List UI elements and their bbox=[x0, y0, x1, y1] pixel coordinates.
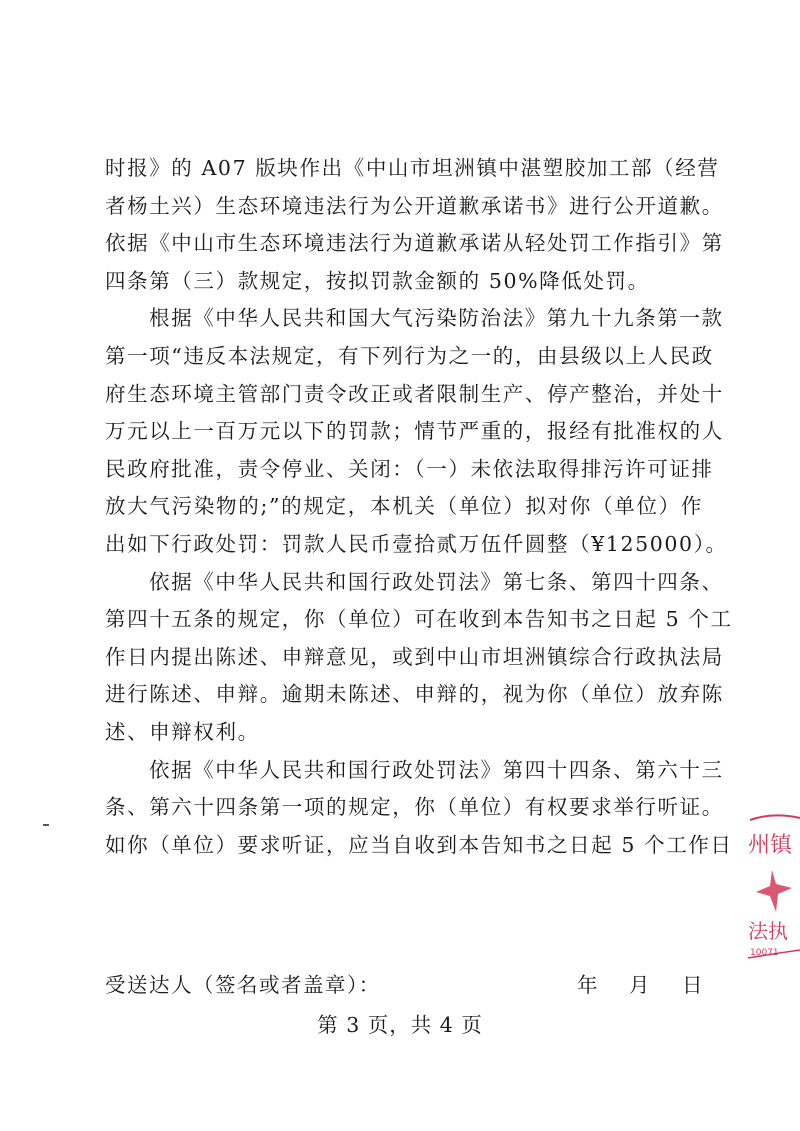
seal-top-text: 州镇 bbox=[748, 833, 794, 858]
text-line: 放大气污染物的;”的规定，本机关（单位）拟对你（单位）作 bbox=[105, 488, 703, 526]
text-line: 第一项“违反本法规定，有下列行为之一的，由县级以上人民政 bbox=[105, 338, 703, 376]
penalty-amount-line: 出如下行政处罚：罚款人民币壹拾贰万伍仟圆整（¥125000）。 bbox=[105, 526, 703, 564]
text-line: 如你（单位）要求听证，应当自收到本告知书之日起 5 个工作日 bbox=[105, 827, 703, 865]
text-line: 作日内提出陈述、申辩意见，或到中山市坦洲镇综合行政执法局 bbox=[105, 639, 703, 677]
scan-mark bbox=[43, 824, 49, 826]
paragraph-continuation: 时报》的 A07 版块作出《中山市坦洲镇中湛塑胶加工部（经营 者杨土兴）生态环境… bbox=[105, 150, 703, 300]
text-line: 时报》的 A07 版块作出《中山市坦洲镇中湛塑胶加工部（经营 bbox=[105, 150, 703, 188]
text-line: 四条第（三）款规定，按拟罚款金额的 50%降低处罚。 bbox=[105, 263, 703, 301]
text-line: 进行陈述、申辩。逾期未陈述、申辩的，视为你（单位）放弃陈 bbox=[105, 676, 703, 714]
text-line: 述、申辩权利。 bbox=[105, 714, 703, 752]
text-line: 依据《中华人民共和国行政处罚法》第四十四条、第六十三 bbox=[105, 752, 703, 790]
text-line: 根据《中华人民共和国大气污染防治法》第九十九条第一款 bbox=[105, 300, 703, 338]
date-day-label: 日 bbox=[682, 967, 704, 1003]
date-month-label: 月 bbox=[629, 967, 651, 1003]
paragraph-hearing-rights: 依据《中华人民共和国行政处罚法》第四十四条、第六十三 条、第六十四条第一项的规定… bbox=[105, 752, 703, 865]
official-seal-icon: 州镇 法执 10071 bbox=[742, 800, 800, 960]
text-line: 依据《中华人民共和国行政处罚法》第七条、第四十四条、 bbox=[105, 564, 703, 602]
text-line: 第四十五条的规定，你（单位）可在收到本告知书之日起 5 个工 bbox=[105, 601, 703, 639]
date-year-label: 年 bbox=[577, 967, 599, 1003]
page-number: 第 3 页，共 4 页 bbox=[0, 1008, 800, 1042]
document-page: 时报》的 A07 版块作出《中山市坦洲镇中湛塑胶加工部（经营 者杨土兴）生态环境… bbox=[0, 0, 800, 1131]
paragraph-statement-rights: 依据《中华人民共和国行政处罚法》第七条、第四十四条、 第四十五条的规定，你（单位… bbox=[105, 564, 703, 752]
text-line: 民政府批准，责令停业、关闭：（一）未依法取得排污许可证排 bbox=[105, 451, 703, 489]
text-line: 依据《中山市生态环境违法行为道歉承诺从轻处罚工作指引》第 bbox=[105, 225, 703, 263]
text-line: 者杨土兴）生态环境违法行为公开道歉承诺书》进行公开道歉。 bbox=[105, 188, 703, 226]
paragraph-penalty-basis: 根据《中华人民共和国大气污染防治法》第九十九条第一款 第一项“违反本法规定，有下… bbox=[105, 300, 703, 563]
seal-bottom-text: 法执 bbox=[748, 919, 788, 943]
text-line: 条、第六十四条第一项的规定，你（单位）有权要求举行听证。 bbox=[105, 789, 703, 827]
text-line: 万元以上一百万元以下的罚款；情节严重的，报经有批准权的人 bbox=[105, 413, 703, 451]
text-line: 府生态环境主管部门责令改正或者限制生产、停产整治，并处十 bbox=[105, 376, 703, 414]
recipient-signature-label: 受送达人（签名或者盖章）： bbox=[105, 967, 381, 1003]
document-body: 时报》的 A07 版块作出《中山市坦洲镇中湛塑胶加工部（经营 者杨土兴）生态环境… bbox=[105, 150, 703, 864]
signature-row: 受送达人（签名或者盖章）： 年 月 日 bbox=[105, 967, 703, 1003]
